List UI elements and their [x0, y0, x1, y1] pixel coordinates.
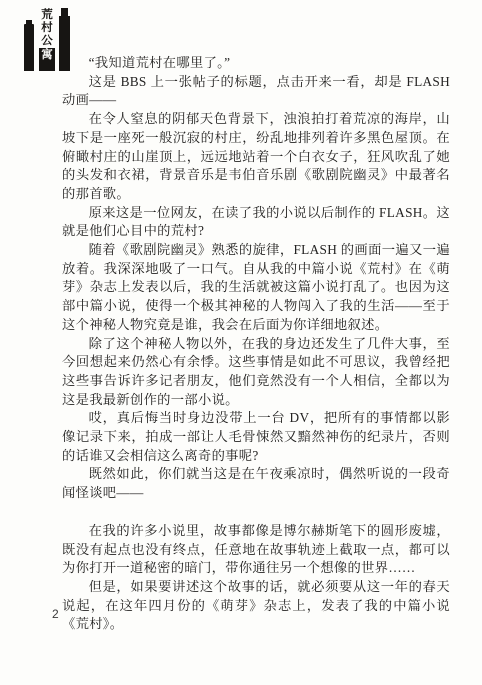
- paragraph: 哎，真后悔当时身边没带上一台 DV，把所有的事情都以影像记录下来，拍成一部让人毛…: [62, 409, 450, 465]
- paragraph: 这是 BBS 上一张帖子的标题，点击开来一看，却是 FLASH 动画——: [62, 73, 450, 110]
- stamp-title-char: 村: [40, 22, 55, 35]
- book-page: 荒村公寓 “我知道荒村在哪里了。”这是 BBS 上一张帖子的标题，点击开来一看，…: [0, 0, 482, 685]
- stamp-title-char: 公: [40, 35, 55, 48]
- stamp-title-column: 荒村公寓: [37, 9, 57, 71]
- paragraph: 除了这个神秘人物以外，在我的身边还发生了几件大事，至今回想起来仍然心有余悸。这些…: [62, 335, 450, 410]
- paragraph: 既然如此，你们就当这是在午夜乘凉时，偶然听说的一段奇闻怪谈吧——: [62, 465, 450, 502]
- text-section: “我知道荒村在哪里了。”这是 BBS 上一张帖子的标题，点击开来一看，却是 FL…: [62, 54, 450, 503]
- stamp-title-char: 荒: [40, 9, 55, 22]
- paragraph: 在我的许多小说里，故事都像是博尔赫斯笔下的圆形废墟，既没有起点也没有终点，任意地…: [62, 522, 450, 578]
- paragraph: 原来这是一位网友，在读了我的小说以后制作的 FLASH。这就是他们心目中的荒村?: [62, 204, 450, 241]
- text-section: 在我的许多小说里，故事都像是博尔赫斯笔下的圆形废墟，既没有起点也没有终点，任意地…: [62, 522, 450, 634]
- stamp-title-char: 寓: [39, 48, 55, 63]
- page-number: 2: [52, 607, 59, 621]
- stamp-base-block: [39, 63, 55, 71]
- paragraph: “我知道荒村在哪里了。”: [62, 54, 450, 73]
- paragraph: 随着《歌剧院幽灵》熟悉的旋律，FLASH 的画面一遍又一遍放着。我深深地吸了一口…: [62, 241, 450, 335]
- body-text: “我知道荒村在哪里了。”这是 BBS 上一张帖子的标题，点击开来一看，却是 FL…: [62, 54, 450, 634]
- stamp-left-tower-icon: [24, 24, 34, 71]
- paragraph: 但是，如果要讲述这个故事的话，就必须要从这一年的春天说起，在这年四月份的《萌芽》…: [62, 578, 450, 634]
- paragraph: 在令人窒息的阴郁天色背景下，浊浪拍打着荒凉的海岸，山坡下是一座死一般沉寂的村庄，…: [62, 110, 450, 204]
